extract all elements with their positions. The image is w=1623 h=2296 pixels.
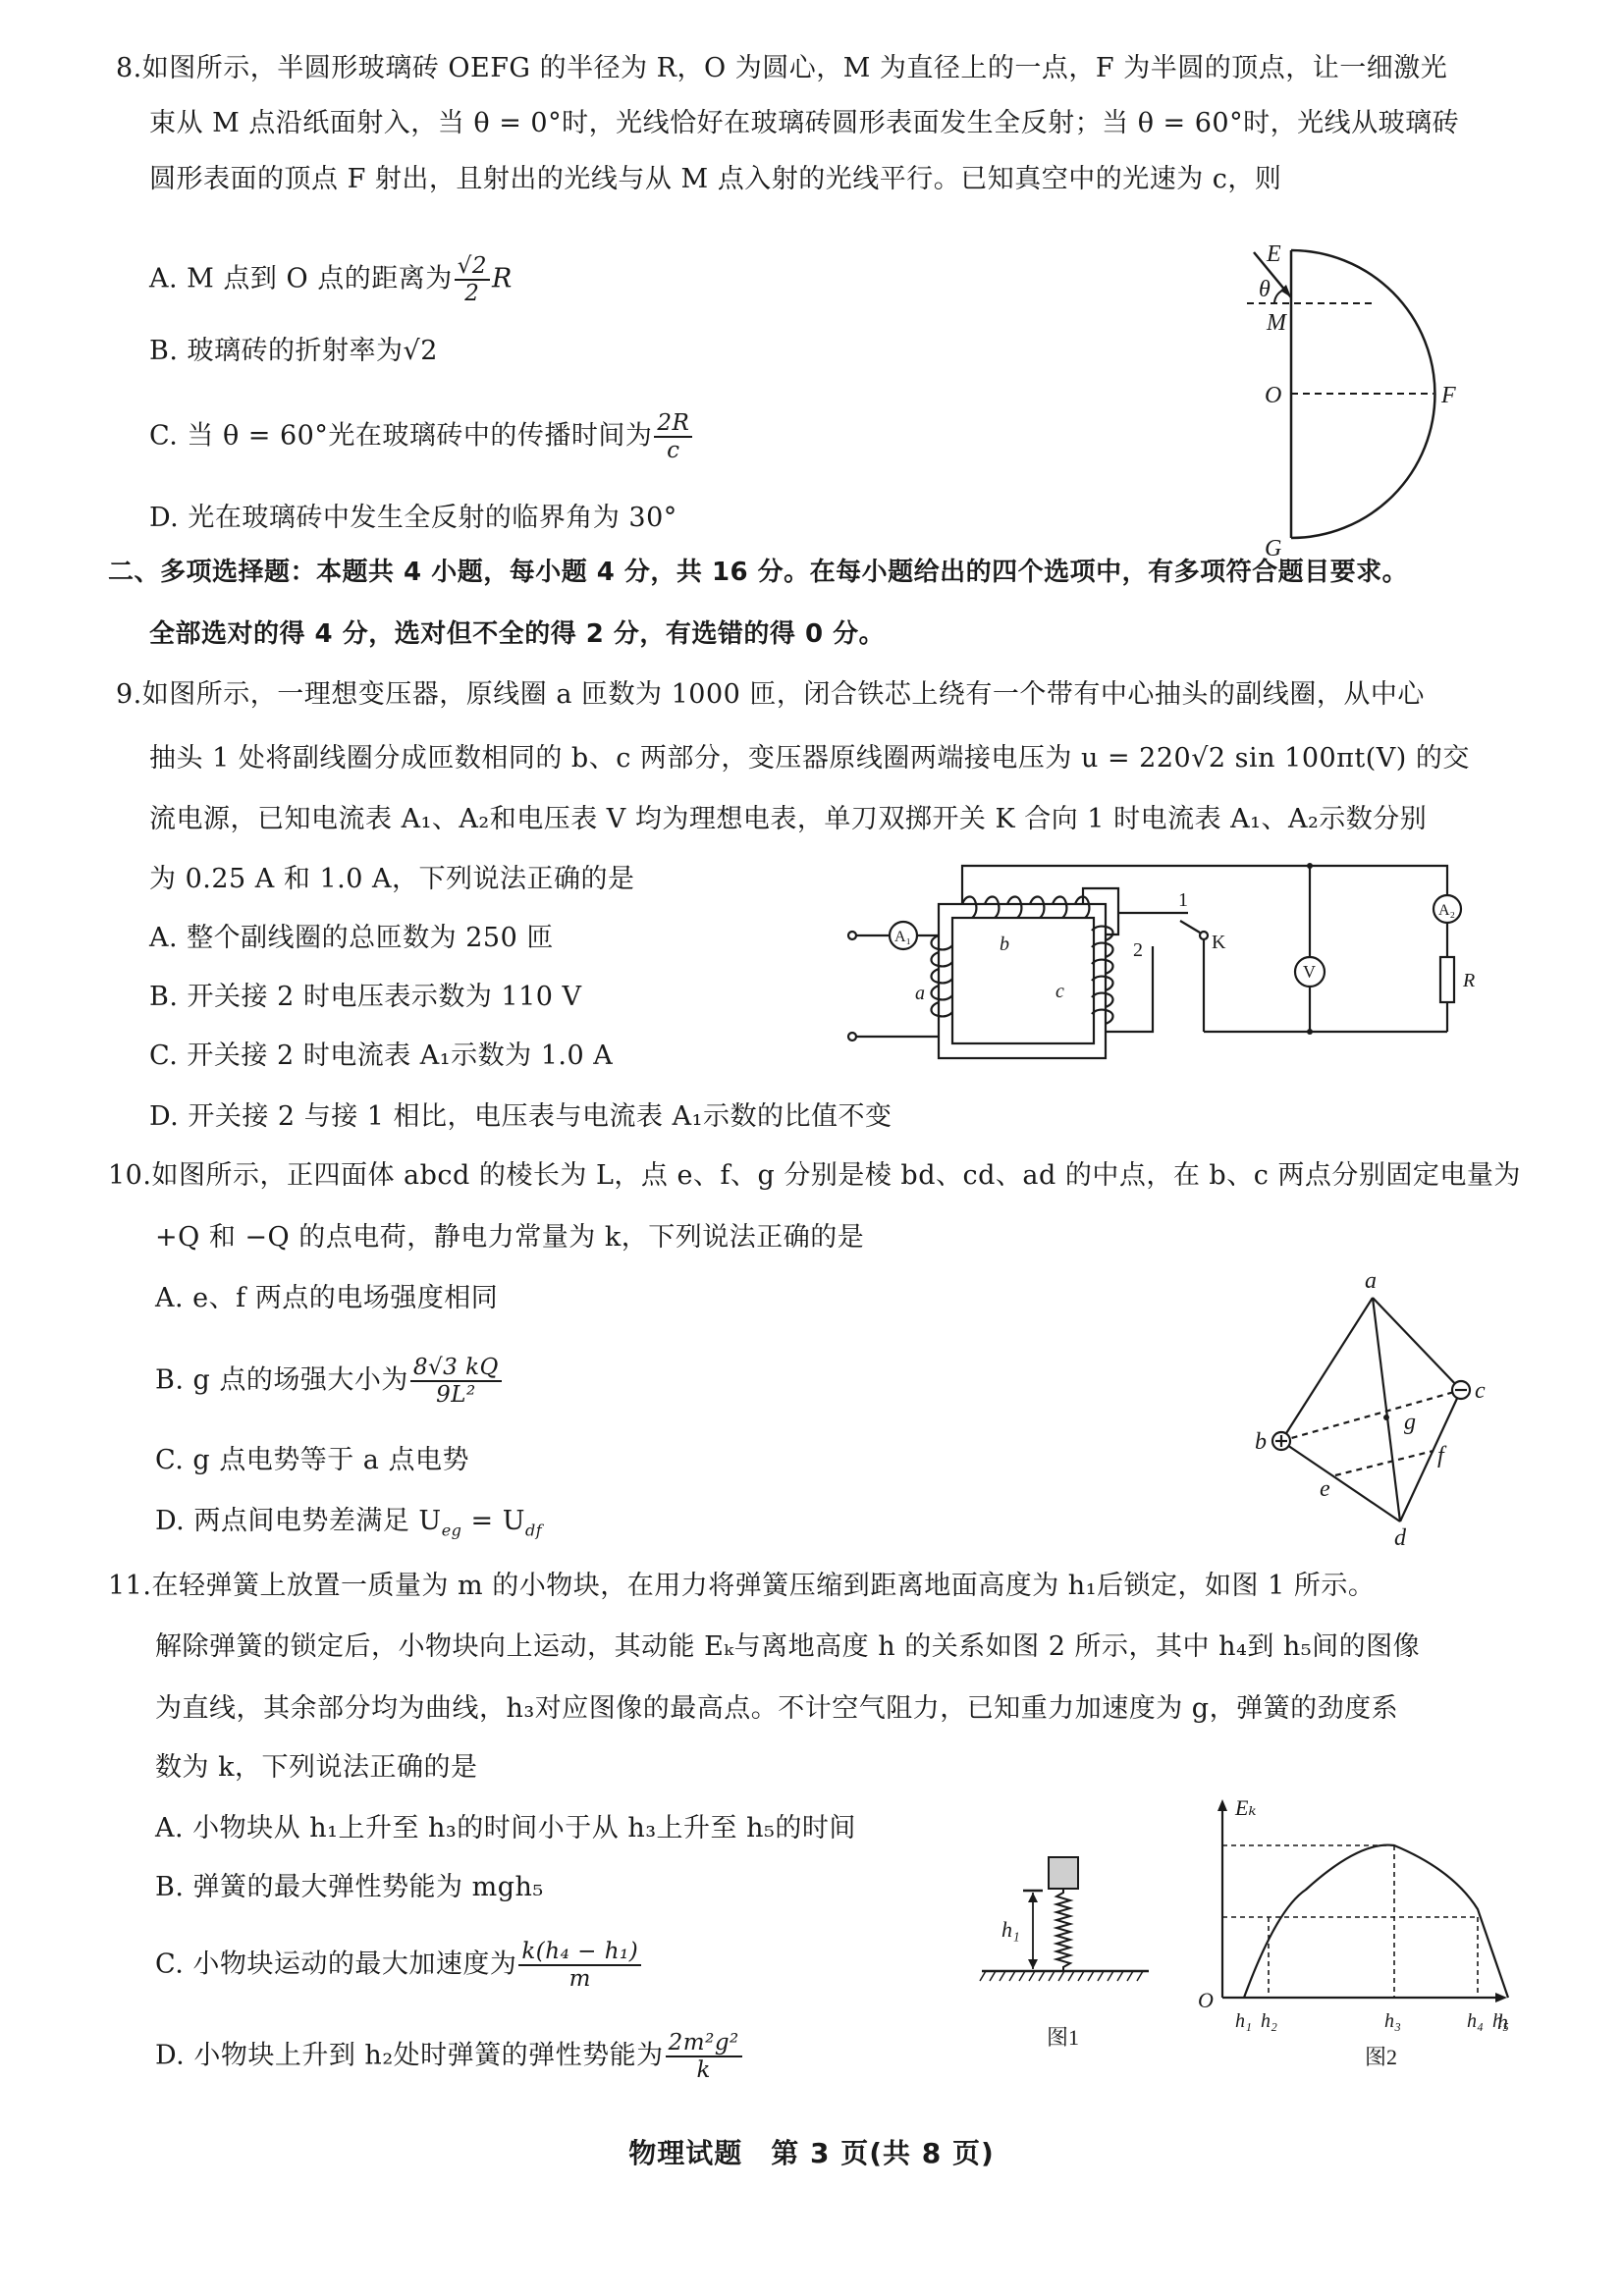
fig1-caption: 图1 [1047, 2025, 1079, 2050]
q9-option-b: B. 开关接 2 时电压表示数为 110 V [149, 980, 582, 1015]
origin-label: O [1198, 1988, 1214, 2012]
section-2-instructions: 全部选对的得 4 分，选对但不全的得 2 分，有选错的得 0 分。 [149, 616, 885, 652]
q10-stem-line-1: 10.如图所示，正四面体 abcd 的棱长为 L，点 e、f、g 分别是棱 bd… [108, 1158, 1521, 1194]
q11-figure-1-spring: h₁ 图1 [962, 1845, 1159, 2071]
label-m: M [1266, 310, 1288, 336]
fraction: 8√3 kQ9L² [410, 1355, 502, 1408]
q8-stem-line-1: 8.如图所示，半圆形玻璃砖 OEFG 的半径为 R，O 为圆心，M 为直径上的一… [116, 51, 1447, 86]
q9-stem-line-1: 9.如图所示，一理想变压器，原线圈 a 匝数为 1000 匝，闭合铁芯上绕有一个… [116, 677, 1425, 713]
page-footer: 物理试题 第 3 页(共 8 页) [0, 2132, 1623, 2171]
ammeter-a2-label: A₂ [1438, 902, 1455, 919]
q9-option-c: C. 开关接 2 时电流表 A₁示数为 1.0 A [149, 1039, 613, 1074]
q9-stem-line-3: 流电源，已知电流表 A₁、A₂和电压表 V 均为理想电表，单刀双掷开关 K 合向… [149, 802, 1427, 837]
vertex-d-label: d [1394, 1525, 1407, 1551]
q10-option-d: D. 两点间电势差满足 Ueg = Udf [155, 1504, 542, 1548]
tick-h3: h₃ [1384, 2010, 1401, 2032]
vertex-a-label: a [1365, 1268, 1377, 1294]
ammeter-a1-label: A₁ [894, 929, 911, 945]
q11-stem-line-1: 11.在轻弹簧上放置一质量为 m 的小物块，在用力将弹簧压缩到距离地面高度为 h… [108, 1569, 1375, 1604]
q10-option-a: A. e、f 两点的电场强度相同 [155, 1281, 498, 1316]
q9-stem-line-2: 抽头 1 处将副线圈分成匝数相同的 b、c 两部分，变压器原线圈两端接电压为 u… [149, 741, 1470, 776]
point-e-label: e [1320, 1476, 1330, 1502]
terminal-1-label: 1 [1178, 889, 1188, 911]
q8-semicircle-figure: E θ M O F G [1237, 226, 1522, 560]
q8-stem-line-2: 束从 M 点沿纸面射入，当 θ = 0°时，光线恰好在玻璃砖圆形表面发生全反射；… [149, 106, 1459, 141]
vertex-b-label: b [1255, 1429, 1267, 1455]
q8-option-b: B. 玻璃砖的折射率为√2 [149, 334, 438, 369]
q10-option-b: B. g 点的场强大小为8√3 kQ9L² [155, 1355, 504, 1408]
fraction: √22 [455, 253, 490, 306]
resistor-label: R [1462, 970, 1475, 991]
label-o: O [1265, 383, 1281, 408]
q11-option-d: D. 小物块上升到 h₂处时弹簧的弹性势能为2m²g²k [155, 2030, 744, 2083]
q10-tetrahedron-figure: a b c d e f g [1227, 1266, 1522, 1551]
coil-c-label: c [1055, 981, 1064, 1002]
section-2-heading: 二、多项选择题：本题共 4 小题，每小题 4 分，共 16 分。在每小题给出的四… [108, 555, 1408, 590]
q8-stem-line-3: 圆形表面的顶点 F 射出，且射出的光线与从 M 点入射的光线平行。已知真空中的光… [149, 162, 1281, 197]
h1-label: h₁ [1001, 1917, 1020, 1942]
q11-option-a: A. 小物块从 h₁上升至 h₃的时间小于从 h₃上升至 h₅的时间 [155, 1811, 856, 1846]
q9-option-d: D. 开关接 2 与接 1 相比，电压表与电流表 A₁示数的比值不变 [149, 1099, 892, 1135]
q8-number: 8. [116, 53, 142, 83]
q11-figure-2-ek-chart: Eₖ h O h₁ h₂ h₃ h₄ h₅ 图2 [1159, 1791, 1522, 2086]
tick-h2: h₂ [1261, 2010, 1277, 2032]
label-f: F [1440, 383, 1456, 408]
tick-h5: h₅ [1492, 2010, 1509, 2032]
q9-number: 9. [116, 679, 142, 710]
q11-option-c: C. 小物块运动的最大加速度为k(h₄ − h₁)m [155, 1939, 643, 1992]
q8-option-c: C. 当 θ = 60°光在玻璃砖中的传播时间为2Rc [149, 410, 694, 463]
coil-b-label: b [1000, 934, 1009, 955]
y-axis-label-ek: Eₖ [1234, 1795, 1256, 1820]
q10-number: 10. [108, 1160, 151, 1191]
switch-k-label: K [1212, 932, 1226, 953]
voltmeter-label: V [1303, 962, 1316, 982]
point-g-label: g [1404, 1410, 1416, 1435]
q8-option-d: D. 光在玻璃砖中发生全反射的临界角为 30° [149, 501, 677, 536]
q10-option-c: C. g 点电势等于 a 点电势 [155, 1443, 469, 1478]
q10-stem-line-2: +Q 和 −Q 的点电荷，静电力常量为 k，下列说法正确的是 [155, 1220, 864, 1255]
terminal-2-label: 2 [1133, 939, 1143, 961]
q8-option-a: A. M 点到 O 点的距离为√22R [149, 253, 513, 306]
label-e: E [1266, 241, 1281, 267]
tick-h4: h₄ [1467, 2010, 1484, 2032]
q9-transformer-circuit: A₁ A₂ V R K 1 2 a b c [844, 852, 1522, 1068]
fraction: k(h₄ − h₁)m [518, 1939, 641, 1992]
q11-stem-line-4: 数为 k，下列说法正确的是 [155, 1750, 477, 1786]
vertex-c-label: c [1475, 1378, 1486, 1404]
point-f-label: f [1437, 1443, 1447, 1468]
tick-h1: h₁ [1235, 2010, 1252, 2032]
label-theta: θ [1259, 277, 1271, 302]
exam-page: 8.如图所示，半圆形玻璃砖 OEFG 的半径为 R，O 为圆心，M 为直径上的一… [0, 0, 1623, 2296]
fraction: 2m²g²k [666, 2030, 742, 2083]
q11-option-b: B. 弹簧的最大弹性势能为 mgh₅ [155, 1870, 544, 1905]
coil-a-label: a [915, 983, 925, 1004]
q9-stem-line-4: 为 0.25 A 和 1.0 A，下列说法正确的是 [149, 862, 634, 897]
fig2-caption: 图2 [1365, 2045, 1397, 2069]
q11-number: 11. [108, 1571, 151, 1601]
fraction: 2Rc [654, 410, 692, 463]
q11-stem-line-2: 解除弹簧的锁定后，小物块向上运动，其动能 Eₖ与离地高度 h 的关系如图 2 所… [155, 1629, 1420, 1665]
q11-stem-line-3: 为直线，其余部分均为曲线，h₃对应图像的最高点。不计空气阻力，已知重力加速度为 … [155, 1691, 1398, 1727]
q9-option-a: A. 整个副线圈的总匝数为 250 匝 [149, 921, 554, 956]
